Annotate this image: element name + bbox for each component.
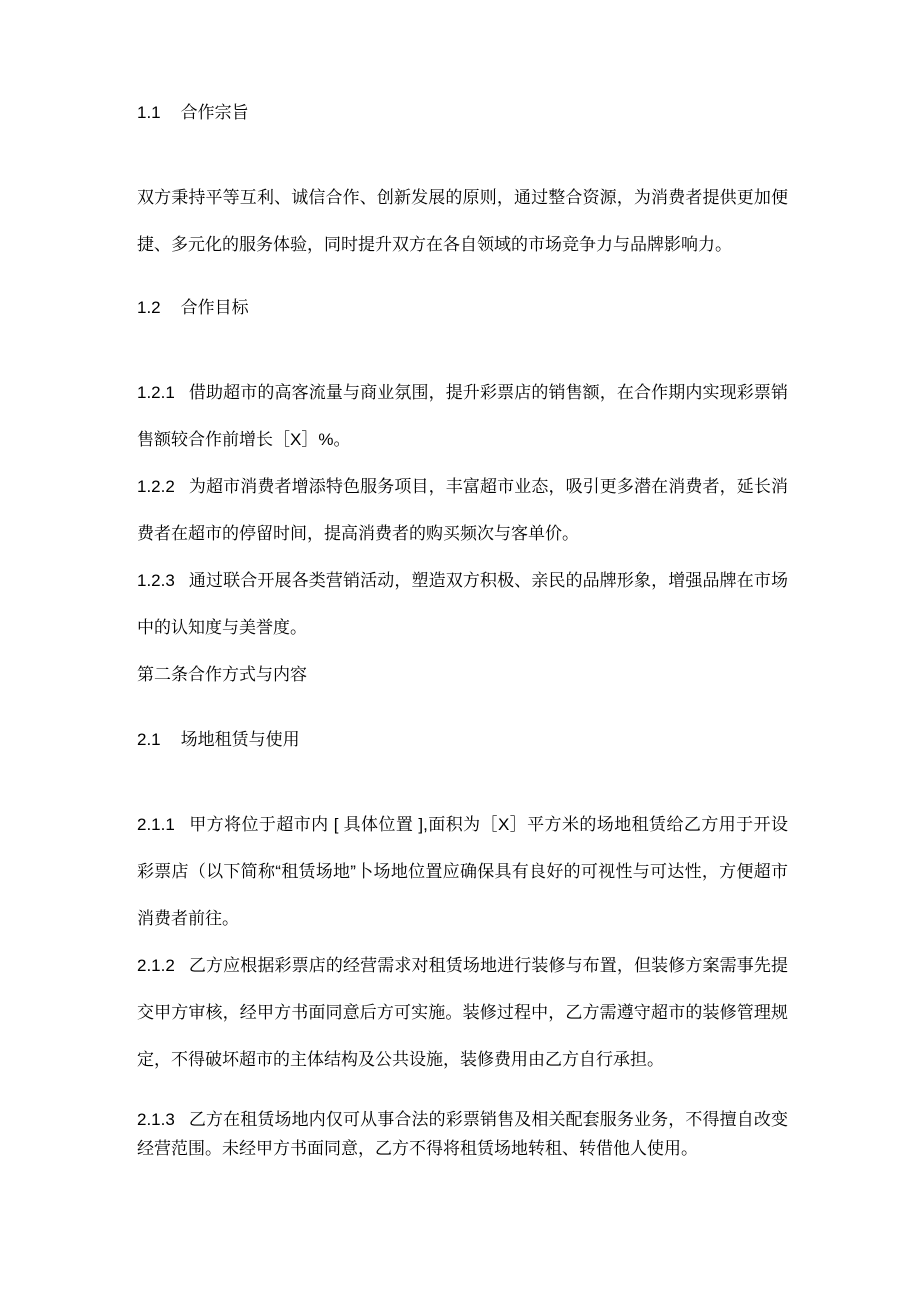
clause-1-2-3: 1.2.3通过联合开展各类营销活动，塑造双方积极、亲民的品牌形象，增强品牌在市场… [137,557,788,651]
section-heading-1-2: 1.2合作目标 [137,284,788,331]
section-number: 2.1 [137,716,161,763]
clause-text: 乙方应根据彩票店的经营需求对租赁场地进行装修与布置，但装修方案需事先提交甲方审核… [137,956,788,1069]
section-title: 合作宗旨 [181,103,249,122]
paragraph-text: 双方秉持平等互利、诚信合作、创新发展的原则，通过整合资源，为消费者提供更加便捷、… [137,188,788,254]
section-title: 场地租赁与使用 [181,730,300,749]
clause-number: 2.1.2 [137,956,175,975]
section-number: 1.1 [137,89,161,136]
clause-number: 2.1.3 [137,1110,175,1129]
document-page: 1.1合作宗旨 双方秉持平等互利、诚信合作、创新发展的原则，通过整合资源，为消费… [0,0,920,1301]
clause-number: 1.2.1 [137,383,175,402]
clause-2-1-3: 2.1.3乙方在租赁场地内仅可从事合法的彩票销售及相关配套服务业务，不得擅自改变… [137,1105,788,1163]
clause-text: 甲方将位于超市内 [ 具体位置 ],面积为［X］平方米的场地租赁给乙方用于开设彩… [137,815,788,928]
section-heading-2-1: 2.1场地租赁与使用 [137,716,788,763]
article-title: 第二条合作方式与内容 [137,665,307,684]
section-title: 合作目标 [181,298,249,317]
clause-number: 1.2.3 [137,571,175,590]
clause-text: 乙方在租赁场地内仅可从事合法的彩票销售及相关配套服务业务，不得擅自改变经营范围。… [137,1110,788,1158]
section-heading-1-1: 1.1合作宗旨 [137,89,788,136]
clause-number: 2.1.1 [137,815,175,834]
clause-1-2-1: 1.2.1借助超市的高客流量与商业氛围，提升彩票店的销售额，在合作期内实现彩票销… [137,369,788,463]
clause-2-1-1: 2.1.1甲方将位于超市内 [ 具体位置 ],面积为［X］平方米的场地租赁给乙方… [137,801,788,942]
clause-number: 1.2.2 [137,477,175,496]
clause-text: 通过联合开展各类营销活动，塑造双方积极、亲民的品牌形象，增强品牌在市场中的认知度… [137,571,788,637]
clause-2-1-2: 2.1.2乙方应根据彩票店的经营需求对租赁场地进行装修与布置，但装修方案需事先提… [137,942,788,1083]
paragraph-purpose: 双方秉持平等互利、诚信合作、创新发展的原则，通过整合资源，为消费者提供更加便捷、… [137,174,788,268]
section-number: 1.2 [137,284,161,331]
article-heading-2: 第二条合作方式与内容 [137,651,788,698]
clause-text: 借助超市的高客流量与商业氛围，提升彩票店的销售额，在合作期内实现彩票销售额较合作… [137,383,788,449]
clause-text: 为超市消费者增添特色服务项目，丰富超市业态，吸引更多潜在消费者，延长消费者在超市… [137,477,788,543]
clause-1-2-2: 1.2.2为超市消费者增添特色服务项目，丰富超市业态，吸引更多潜在消费者，延长消… [137,463,788,557]
